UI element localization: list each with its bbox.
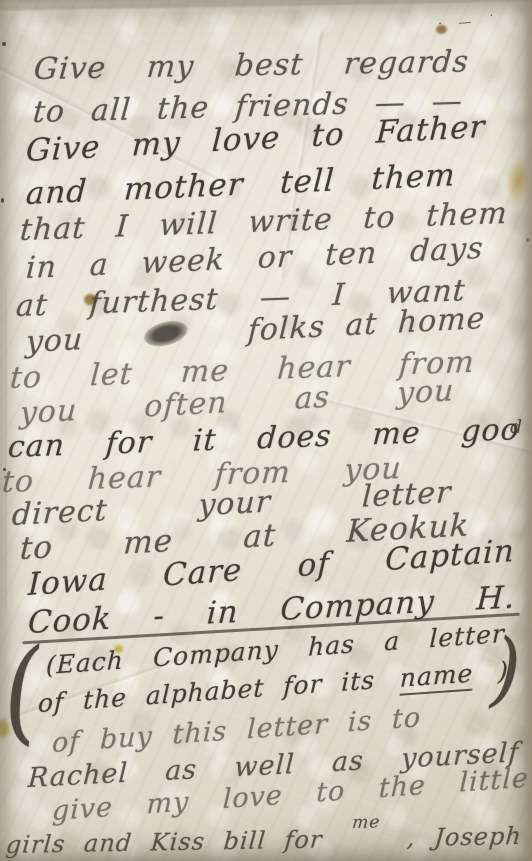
page-edge-shadow bbox=[522, 0, 532, 861]
letter-line: Give my best regards bbox=[32, 44, 470, 87]
big-parenthesis-open: ( bbox=[0, 635, 44, 750]
pen-marks: · — ˙ bbox=[438, 11, 529, 32]
letter-line-word: you bbox=[25, 322, 84, 360]
scribbled-out-word bbox=[142, 317, 189, 350]
letter-scan: · — ˙ Give my best regards to all the fr… bbox=[0, 0, 532, 861]
edge-speck bbox=[2, 42, 6, 46]
superscript-me: me bbox=[351, 812, 381, 833]
underlined-word: name bbox=[399, 658, 473, 695]
letter-line: girls and Kiss bill for me , Joseph bbox=[5, 822, 523, 859]
superscript-d: d bbox=[510, 416, 522, 438]
signature: , Joseph bbox=[406, 822, 523, 852]
fold-crease bbox=[0, 0, 532, 17]
edge-speck bbox=[526, 238, 530, 242]
edge-speck bbox=[1, 198, 4, 203]
letter-line-words: girls and Kiss bill for bbox=[5, 825, 324, 859]
big-parenthesis-close: ) bbox=[490, 628, 523, 712]
